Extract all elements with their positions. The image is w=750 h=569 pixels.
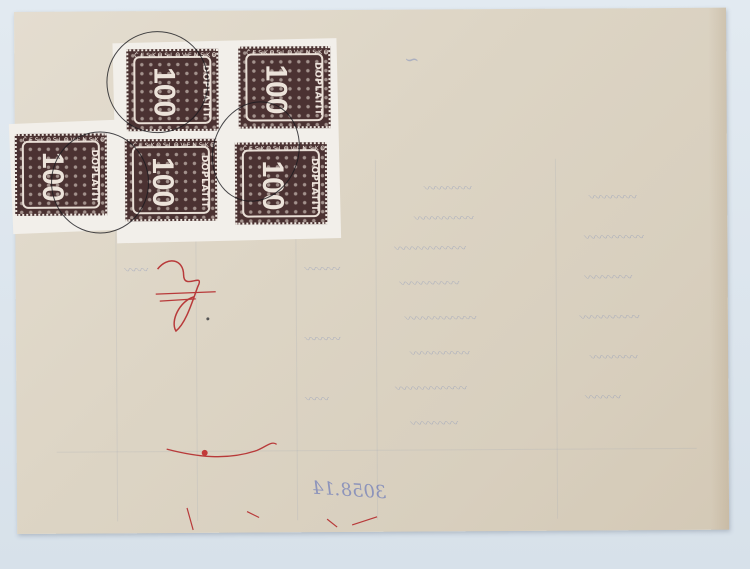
bleed-through-text: 〰〰〰〰〰〰 (396, 379, 468, 396)
ruled-line (375, 160, 378, 520)
bleed-through-text: 〰〰〰〰〰 (401, 274, 461, 291)
postal-document: ~ 〰〰〰〰 〰〰〰〰〰 〰〰〰〰〰〰 〰〰〰〰〰 〰〰〰〰〰〰 〰〰〰〰〰 〰… (14, 8, 729, 534)
bleed-through-text: 〰〰〰〰〰 (581, 308, 641, 325)
stamp-label: DOPLATIT (193, 149, 209, 215)
bleed-through-text: 〰〰〰〰〰 (411, 344, 471, 361)
bleed-through-text: 〰〰 (306, 390, 330, 407)
bleed-through-text: 〰〰〰 (306, 260, 342, 277)
bleed-through-text: 〰〰〰〰 (411, 414, 459, 431)
bleed-through-text: 〰〰〰〰〰 (585, 228, 645, 245)
red-ink-marks (177, 505, 397, 536)
bleed-through-text: 〰〰〰〰 (586, 268, 634, 285)
postmark-cancel (106, 31, 209, 134)
bleed-through-text: 〰〰〰〰 (425, 179, 473, 196)
bleed-through-text: 〰〰〰 (586, 388, 622, 405)
postmark-cancel (51, 131, 150, 234)
stamp-label: DOPLATIT (306, 56, 322, 122)
bleed-through-text: 〰〰〰 (306, 330, 342, 347)
bleed-through-text: 〰〰〰〰〰 (415, 209, 475, 226)
red-ink-scribble (157, 430, 297, 471)
bleed-through-total: 3058.14 (311, 478, 387, 504)
stamp-label: DOPLATIT (303, 152, 319, 218)
bleed-through-text: 〰〰〰〰 (590, 188, 638, 205)
bleed-through-text: 〰〰〰〰〰〰 (395, 239, 467, 256)
bleed-through-text: 〰〰〰〰〰〰 (406, 309, 478, 326)
bleed-through-text: 〰〰〰〰 (591, 348, 639, 365)
bleed-through-mark: ~ (404, 50, 419, 71)
ruled-line (555, 159, 558, 519)
red-ink-signature (145, 251, 236, 342)
